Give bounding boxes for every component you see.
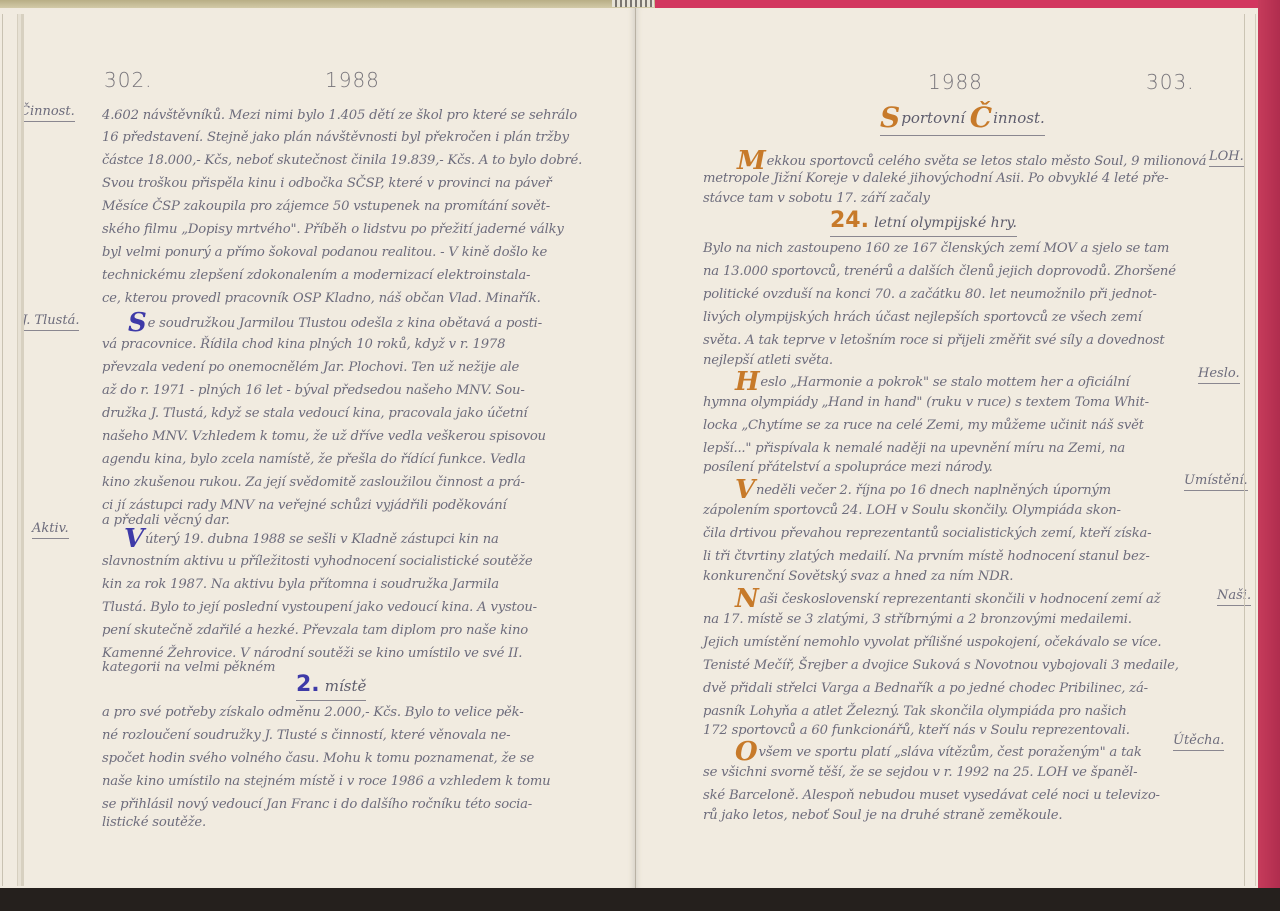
margin-note-cinnost: Činnost.	[20, 104, 75, 122]
text-line: ce, kterou provedl pracovník OSP Kladno,…	[102, 291, 541, 306]
margin-note-loh: LOH.	[1209, 149, 1244, 167]
text-line: Jejich umístění nemohlo vyvolat přílišné…	[703, 635, 1161, 650]
title-initial-s: S	[880, 104, 900, 132]
text-line: na 17. místě se 3 zlatými, 3 stříbrnými …	[703, 612, 1132, 627]
page-stack-left-edge	[2, 14, 18, 886]
text-line: částce 18.000,- Kčs, neboť skutečnost či…	[102, 153, 582, 168]
book-gutter	[635, 8, 636, 888]
text-line: li tři čtvrtiny zlatých medailí. Na prvn…	[703, 549, 1150, 564]
text-line: rů jako letos, neboť Soul je na druhé st…	[703, 808, 1062, 823]
margin-note-aktiv: Aktiv.	[32, 521, 69, 539]
drop-cap-v: V	[124, 526, 144, 552]
margin-note-utecha: Útěcha.	[1173, 733, 1224, 751]
right-page: 1988 303. Sportovní Činnost. LOH. Heslo.…	[635, 8, 1258, 888]
paragraph-first-line: Ovšem ve sportu platí „sláva vítězům, če…	[735, 739, 1142, 765]
drop-cap-s: S	[128, 310, 147, 336]
text-line: kin za rok 1987. Na aktivu byla přítomna…	[102, 577, 499, 592]
text-line: převzala vedení po onemocnělém Jar. Ploc…	[102, 360, 519, 375]
drop-cap-h: H	[735, 369, 759, 395]
text-line: technickému zlepšení zdokonalením a mode…	[102, 268, 530, 283]
text-line: listické soutěže.	[102, 815, 206, 830]
paragraph-first-line: Heslo „Harmonie a pokrok" se stalo motte…	[735, 369, 1130, 395]
text-line: se všichni svorně těší, že se sejdou v r…	[703, 765, 1137, 780]
text-line: metropole Jižní Koreje v daleké jihových…	[703, 171, 1169, 186]
text-line: stávce tam v sobotu 17. září začaly	[703, 191, 930, 206]
text-line: lepší..." přispívala k nemalé naději na …	[703, 441, 1125, 456]
text-line: a pro své potřeby získalo odměnu 2.000,-…	[102, 705, 523, 720]
open-chronicle-book: 302. 1988 Činnost. J. Tlustá. Aktiv. 4.6…	[0, 0, 1280, 911]
page-number-right: 303.	[1146, 70, 1195, 94]
text-line: pasník Lohyňa a atlet Železný. Tak skonč…	[703, 704, 1127, 719]
drop-cap-n: N	[735, 586, 759, 612]
margin-note-j-tlusta: J. Tlustá.	[22, 313, 79, 331]
games-number: 24.	[830, 208, 869, 233]
place-word: místě	[325, 677, 367, 695]
page-stack-right-edge	[1244, 14, 1256, 886]
page-year-right: 1988	[928, 70, 983, 94]
text-line: kategorii na velmi pěkném	[102, 660, 275, 675]
text-line: byl velmi ponurý a přímo šokoval podanou…	[102, 245, 547, 260]
text-line: dvě přidali střelci Varga a Bednařík a p…	[703, 681, 1148, 696]
paragraph-first-line: Vúterý 19. dubna 1988 se sešli v Kladně …	[124, 526, 499, 552]
text-line: ského filmu „Dopisy mrtvého". Příběh o l…	[102, 222, 564, 237]
text-line: politické ovzduší na konci 70. a začátku…	[703, 287, 1157, 302]
games-title: letní olympijské hry.	[874, 215, 1017, 231]
place-heading: 2. místě	[296, 672, 366, 701]
text-line: se přihlásil nový vedoucí Jan Franc i do…	[102, 797, 532, 812]
text-line: livých olympijských hrách účast nejlepší…	[703, 310, 1142, 325]
text-line: ci jí zástupci rady MNV na veřejné schůz…	[102, 498, 507, 513]
text-line: 172 sportovců a 60 funkcionářů, kteří ná…	[703, 723, 1130, 738]
text-line: locka „Chytíme se za ruce na celé Zemi, …	[703, 418, 1144, 433]
text-line: pení skutečně zdařilé a hezké. Převzala …	[102, 623, 528, 638]
paragraph-first-line: Naši československí reprezentanti skonči…	[735, 586, 1160, 612]
text-line: Měsíce ČSP zakoupila pro zájemce 50 vstu…	[102, 199, 550, 214]
text-line: družka J. Tlustá, když se stala vedoucí …	[102, 406, 527, 421]
spine-stitching	[612, 0, 654, 7]
book-cover-red-edge	[1258, 0, 1280, 895]
text-line: vá pracovnice. Řídila chod kina plných 1…	[102, 337, 505, 352]
text-line: čila drtivou převahou reprezentantů soci…	[703, 526, 1151, 541]
text-line: Bylo na nich zastoupeno 160 ze 167 člens…	[703, 241, 1169, 256]
text-line: Kamenné Žehrovice. V národní soutěži se …	[102, 646, 522, 661]
title-initial-c: Č	[970, 104, 992, 132]
games-heading: 24. letní olympijské hry.	[830, 208, 1017, 237]
table-surface	[0, 888, 1280, 911]
text-line: slavnostním aktivu u příležitosti vyhodn…	[102, 554, 533, 569]
text-line: konkurenční Sovětský svaz a hned za ním …	[703, 569, 1013, 584]
text-line: Tlustá. Bylo to její poslední vystoupení…	[102, 600, 537, 615]
text-line: hymna olympiády „Hand in hand" (ruku v r…	[703, 395, 1149, 410]
page-year-left: 1988	[325, 68, 380, 92]
text-line: Tenisté Mečíř, Šrejber a dvojice Suková …	[703, 658, 1179, 673]
paragraph-first-line: Se soudružkou Jarmilou Tlustou odešla z …	[128, 310, 542, 336]
drop-cap-o: O	[735, 739, 757, 765]
text-line: Svou troškou přispěla kinu i odbočka SČS…	[102, 176, 552, 191]
text-line: posílení přátelství a spolupráce mezi ná…	[703, 460, 993, 475]
text-line: na 13.000 sportovců, trenérů a dalších č…	[703, 264, 1176, 279]
text-line: ské Barceloně. Alespoň nebudou muset vys…	[703, 788, 1160, 803]
text-line: zápolením sportovců 24. LOH v Soulu skon…	[703, 503, 1121, 518]
text-line: né rozloučení soudružky J. Tlusté s činn…	[102, 728, 510, 743]
drop-cap-v: V	[735, 477, 755, 503]
paragraph-first-line: Vneděli večer 2. října po 16 dnech napln…	[735, 477, 1111, 503]
text-line: agendu kina, bylo zcela namístě, že přeš…	[102, 452, 526, 467]
section-title: Sportovní Činnost.	[880, 104, 1045, 136]
margin-note-heslo: Heslo.	[1198, 366, 1240, 384]
text-line: kino zkušenou rukou. Za její svědomitě z…	[102, 475, 525, 490]
margin-note-umisteni: Umístění.	[1184, 473, 1248, 491]
text-line: 4.602 návštěvníků. Mezi nimi bylo 1.405 …	[102, 108, 577, 123]
text-line: naše kino umístilo na stejném místě i v …	[102, 774, 550, 789]
text-line: nejlepší atleti světa.	[703, 353, 833, 368]
text-line: až do r. 1971 - plných 16 let - býval př…	[102, 383, 525, 398]
text-line: světa. A tak teprve v letošním roce si p…	[703, 333, 1164, 348]
text-line: 16 představení. Stejně jako plán návštěv…	[102, 130, 569, 145]
text-line: našeho MNV. Vzhledem k tomu, že už dříve…	[102, 429, 546, 444]
place-number: 2.	[296, 672, 320, 697]
left-page: 302. 1988 Činnost. J. Tlustá. Aktiv. 4.6…	[0, 8, 635, 888]
page-number-left: 302.	[104, 68, 153, 92]
text-line: spočet hodin svého volného času. Mohu k …	[102, 751, 534, 766]
